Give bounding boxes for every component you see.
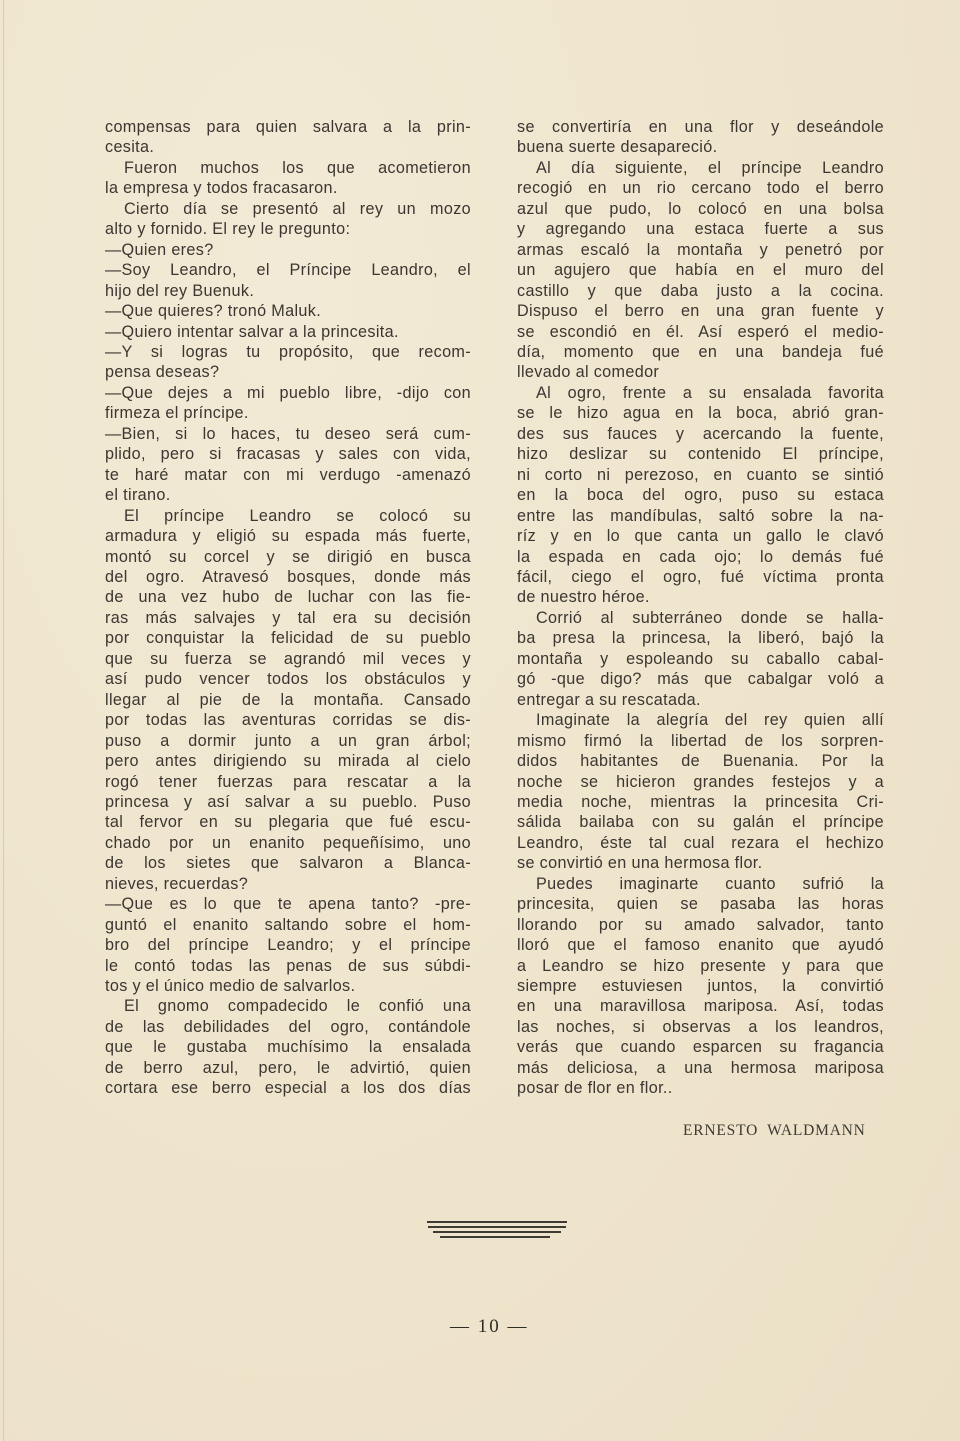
text-line: de una vez hubo de luchar con las fie-: [105, 587, 471, 607]
text-line: y agregando una estaca fuerte a sus: [517, 219, 884, 239]
text-line: por todas las aventuras corridas se dis-: [105, 710, 471, 730]
text-line: siempre estuviesen juntos, la convirtió: [517, 976, 884, 996]
text-line: recogió en un rio cercano todo el berro: [517, 178, 884, 198]
text-line: ba presa la princesa, la liberó, bajó la: [517, 628, 884, 648]
text-line: de las debilidades del ogro, contándole: [105, 1017, 471, 1037]
text-line: llegar al pie de la montaña. Cansado: [105, 690, 471, 710]
text-line: día, momento que en una bandeja fué: [517, 342, 884, 362]
text-line: pero antes dirigiendo su mirada al cielo: [105, 751, 471, 771]
text-line: cesita.: [105, 137, 471, 157]
text-line: se le hizo agua en la boca, abrió gran-: [517, 403, 884, 423]
text-line: —Que es lo que te apena tanto? -pre-: [105, 894, 471, 914]
text-line: en una maravillosa mariposa. Así, todas: [517, 996, 884, 1016]
text-line: tal fervor en su plegaria que fué escu-: [105, 812, 471, 832]
text-line: del ogro. Atravesó bosques, donde más: [105, 567, 471, 587]
text-line: ni corto ni perezoso, en cuanto se sinti…: [517, 465, 884, 485]
text-line: Al ogro, frente a su ensalada favorita: [517, 383, 884, 403]
text-line: firmeza el príncipe.: [105, 403, 471, 423]
text-line: Leandro, éste tal cual rezara el hechizo: [517, 833, 884, 853]
text-line: así pudo vencer todos los obstáculos y: [105, 669, 471, 689]
text-line: rogó tener fuerzas para rescatar a la: [105, 772, 471, 792]
text-line: hizo deslizar su contenido El príncipe,: [517, 444, 884, 464]
text-line: ríz y en lo que canta un gallo le clavó: [517, 526, 884, 546]
text-line: Dispuso el berro en una gran fuente y: [517, 301, 884, 321]
text-line: guntó el enanito saltando sobre el hom-: [105, 915, 471, 935]
text-line: castillo y que daba justo a la cocina.: [517, 281, 884, 301]
text-line: se convirtió en una hermosa flor.: [517, 853, 884, 873]
page-edge: [3, 0, 4, 1441]
text-line: montó su corcel y se dirigió en busca: [105, 547, 471, 567]
text-line: entre las mandíbulas, saltó sobre la na-: [517, 506, 884, 526]
text-line: las noches, si observas a los leandros,: [517, 1017, 884, 1037]
text-line: —Y si logras tu propósito, que recom-: [105, 342, 471, 362]
text-line: posar de flor en flor..: [517, 1078, 884, 1098]
text-line: media noche, mientras la princesita Cri-: [517, 792, 884, 812]
text-line: a Leandro se hizo presente y para que: [517, 956, 884, 976]
text-line: más deliciosa, a una hermosa mariposa: [517, 1058, 884, 1078]
decorative-rule-ornament: [427, 1219, 567, 1243]
text-line: el tirano.: [105, 485, 471, 505]
text-line: compensas para quien salvara a la prin-: [105, 117, 471, 137]
text-line: Puedes imaginarte cuanto sufrió la: [517, 874, 884, 894]
text-line: llevado al comedor: [517, 362, 884, 382]
text-line: entregar a su rescatada.: [517, 690, 884, 710]
text-line: plido, pero si fracasas y sales con vida…: [105, 444, 471, 464]
text-line: —Que quieres? tronó Maluk.: [105, 301, 471, 321]
text-line: de nuestro héroe.: [517, 587, 884, 607]
text-line: gó -que digo? más que cabalgar voló a: [517, 669, 884, 689]
text-line: tos y el único medio de salvarlos.: [105, 976, 471, 996]
text-line: sálida bailaba con su galán el príncipe: [517, 812, 884, 832]
text-line: un agujero que había en el muro del: [517, 260, 884, 280]
author-signature: ERNESTO WALDMANN: [683, 1122, 866, 1140]
text-line: —Bien, si lo haces, tu deseo será cum-: [105, 424, 471, 444]
text-line: lloró que el famoso enanito que ayudó: [517, 935, 884, 955]
text-line: de los sietes que salvaron a Blanca-: [105, 853, 471, 873]
text-line: se convertiría en una flor y deseándole: [517, 117, 884, 137]
text-line: Corrió al subterráneo donde se halla-: [517, 608, 884, 628]
text-line: azul que pudo, lo colocó en una bolsa: [517, 199, 884, 219]
text-line: hijo del rey Buenuk.: [105, 281, 471, 301]
text-line: chado por un enanito pequeñísimo, uno: [105, 833, 471, 853]
left-column: compensas para quien salvara a la prin-c…: [105, 117, 471, 1099]
text-line: buena suerte desapareció.: [517, 137, 884, 157]
text-line: pensa deseas?: [105, 362, 471, 382]
text-line: montaña y espoleando su caballo cabal-: [517, 649, 884, 669]
text-line: princesa y así salvar a su pueblo. Puso: [105, 792, 471, 812]
text-line: —Que dejes a mi pueblo libre, -dijo con: [105, 383, 471, 403]
text-line: llorando por su amado salvador, tanto: [517, 915, 884, 935]
text-line: puso a dormir junto a un gran árbol;: [105, 731, 471, 751]
text-line: de berro azul, pero, le advirtió, quien: [105, 1058, 471, 1078]
text-line: bro del príncipe Leandro; y el príncipe: [105, 935, 471, 955]
text-line: —Soy Leandro, el Príncipe Leandro, el: [105, 260, 471, 280]
text-line: Fueron muchos los que acometieron: [105, 158, 471, 178]
text-line: El gnomo compadecido le confió una: [105, 996, 471, 1016]
text-line: mismo firmó la libertad de los sorpren-: [517, 731, 884, 751]
text-line: des sus fauces y acercando la fuente,: [517, 424, 884, 444]
text-line: se escondió en él. Así esperó el medio-: [517, 322, 884, 342]
text-line: te haré matar con mi verdugo -amenazó: [105, 465, 471, 485]
text-line: alto y fornido. El rey le pregunto:: [105, 219, 471, 239]
text-line: —Quien eres?: [105, 240, 471, 260]
text-line: por conquistar la felicidad de su pueblo: [105, 628, 471, 648]
text-line: la espada en cada ojo; lo demás fué: [517, 547, 884, 567]
text-line: la empresa y todos fracasaron.: [105, 178, 471, 198]
page-number: — 10 —: [450, 1316, 529, 1338]
right-column: se convertiría en una flor y deseándoleb…: [517, 117, 884, 1099]
text-line: cortara ese berro especial a los dos día…: [105, 1078, 471, 1098]
text-line: verás que cuando esparcen su fragancia: [517, 1037, 884, 1057]
text-line: nieves, recuerdas?: [105, 874, 471, 894]
text-line: fácil, ciego el ogro, fué víctima pronta: [517, 567, 884, 587]
text-line: armas escaló la montaña y penetró por: [517, 240, 884, 260]
text-line: ras más salvajes y tal era su decisión: [105, 608, 471, 628]
text-line: princesita, quien se pasaba las horas: [517, 894, 884, 914]
text-line: Al día siguiente, el príncipe Leandro: [517, 158, 884, 178]
text-line: le contó todas las penas de sus súbdi-: [105, 956, 471, 976]
text-line: que su fuerza se agrandó mil veces y: [105, 649, 471, 669]
text-line: Imaginate la alegría del rey quien allí: [517, 710, 884, 730]
text-line: Cierto día se presentó al rey un mozo: [105, 199, 471, 219]
text-line: armadura y eligió su espada más fuerte,: [105, 526, 471, 546]
text-line: noche se hicieron grandes festejos y a: [517, 772, 884, 792]
text-line: en la boca del ogro, puso su estaca: [517, 485, 884, 505]
text-line: que le gustaba muchísimo la ensalada: [105, 1037, 471, 1057]
text-line: —Quiero intentar salvar a la princesita.: [105, 322, 471, 342]
text-line: El príncipe Leandro se colocó su: [105, 506, 471, 526]
text-line: didos habitantes de Buenania. Por la: [517, 751, 884, 771]
